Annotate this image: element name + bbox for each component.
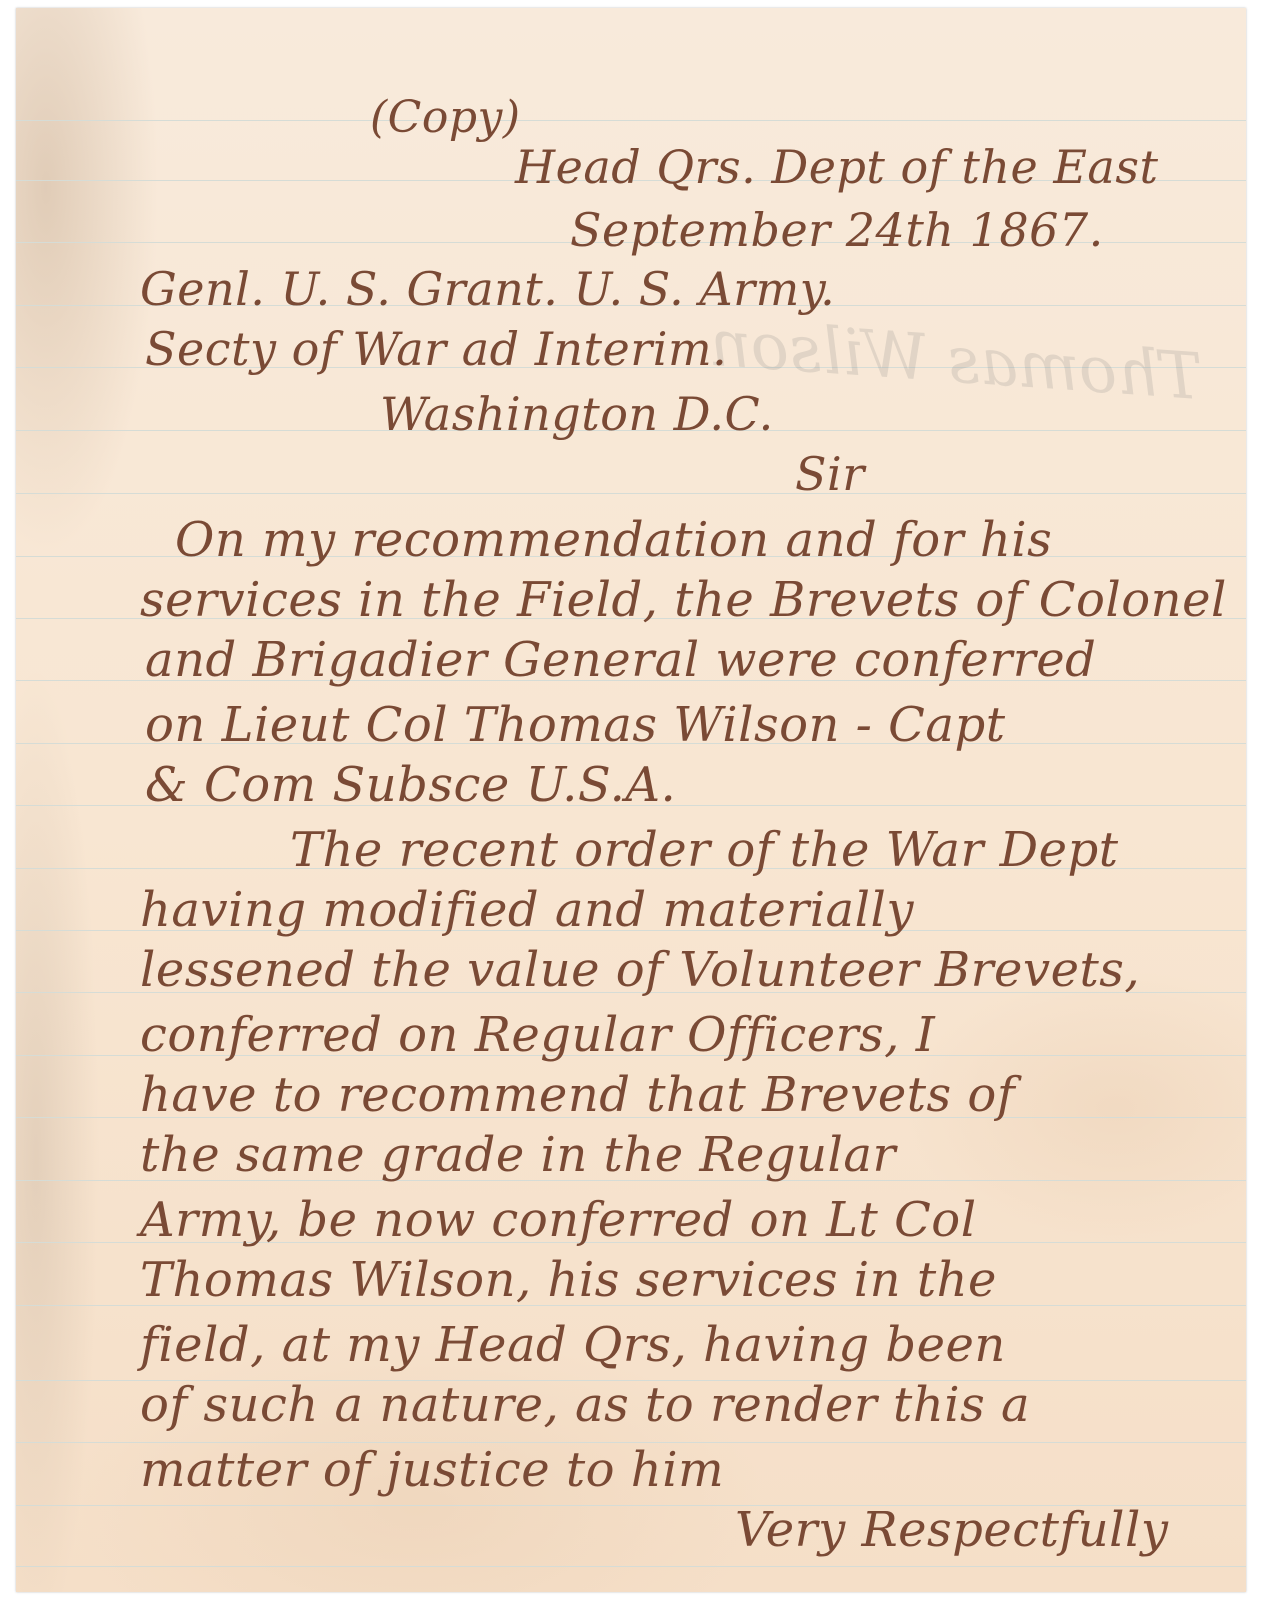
body-line: Thomas Wilson, his services in the <box>140 1252 997 1308</box>
body-line: Army, be now conferred on Lt Col <box>140 1192 977 1248</box>
body-line: and Brigadier General were conferred <box>145 632 1096 688</box>
addressee-line-2: Secty of War ad Interim. <box>145 322 727 376</box>
body-line: services in the Field, the Brevets of Co… <box>140 572 1227 628</box>
letter-date: September 24th 1867. <box>570 203 1104 257</box>
body-line: of such a nature, as to render this a <box>140 1377 1030 1433</box>
office-heading: Head Qrs. Dept of the East <box>515 140 1158 194</box>
body-line: & Com Subsce U.S.A. <box>145 757 676 813</box>
body-line: conferred on Regular Officers, I <box>140 1007 935 1063</box>
body-line: lessened the value of Volunteer Brevets, <box>140 942 1140 998</box>
ruled-line <box>16 1566 1246 1567</box>
body-line: having modified and materially <box>140 882 914 938</box>
closing: Very Respectfully <box>735 1502 1168 1558</box>
ruled-line <box>16 120 1246 121</box>
ruled-line <box>16 493 1246 494</box>
body-line: The recent order of the War Dept <box>290 822 1119 878</box>
salutation: Sir <box>795 447 865 501</box>
addressee-line-3: Washington D.C. <box>380 387 774 441</box>
body-line: on Lieut Col Thomas Wilson - Capt <box>145 697 1005 753</box>
body-line: On my recommendation and for his <box>175 512 1052 568</box>
body-line: field, at my Head Qrs, having been <box>140 1317 1006 1373</box>
body-line: matter of justice to him <box>140 1442 724 1498</box>
addressee-line-1: Genl. U. S. Grant. U. S. Army. <box>140 262 835 316</box>
body-line: have to recommend that Brevets of <box>140 1067 1015 1123</box>
copy-mark: (Copy) <box>370 92 521 143</box>
body-line: the same grade in the Regular <box>140 1127 896 1183</box>
